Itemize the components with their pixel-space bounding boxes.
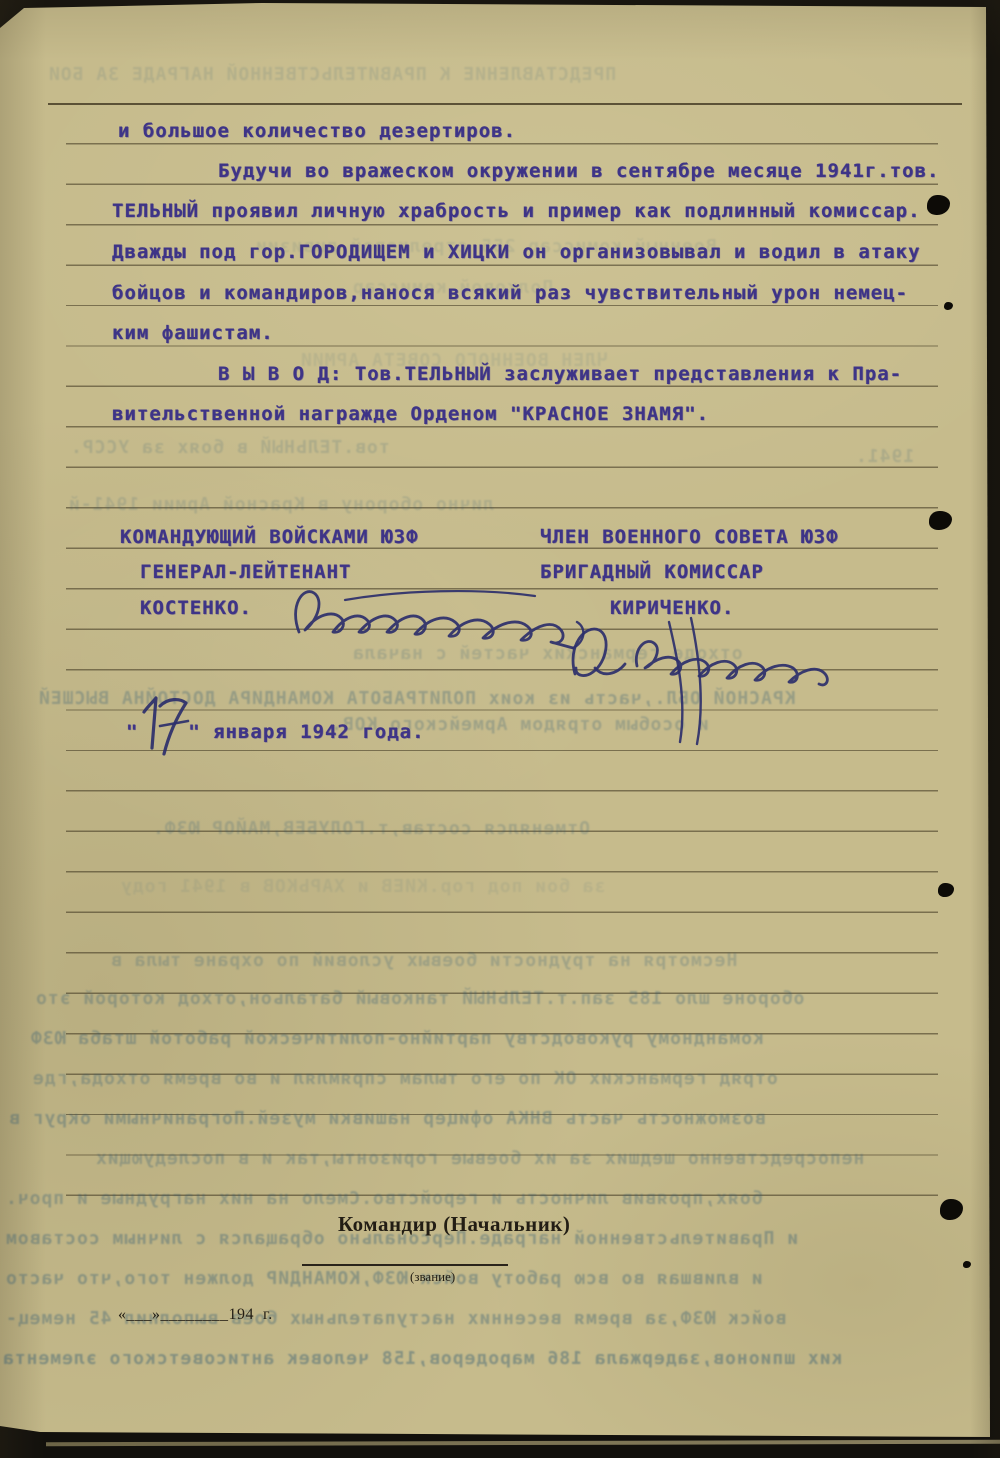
rank-caption: (звание) — [410, 1269, 455, 1285]
typed-line: ким фашистам. — [112, 323, 274, 344]
handwritten-day — [130, 694, 200, 760]
typed-line: ЧЛЕН ВОЕННОГО СОВЕТА ЮЗФ — [540, 527, 839, 548]
typed-line: Дважды под гор.ГОРОДИЩЕМ и ХИЦКИ он орга… — [112, 242, 921, 263]
year-blank: «___»________194 г. — [118, 1306, 273, 1324]
scanned-document: ПРЕДСТАВЛЕНИЕ К ПРАВИТЕЛЬСТВЕННОЙ НАГРАД… — [0, 0, 1000, 1458]
kirichenko-signature — [545, 608, 845, 753]
typed-line: бойцов и командиров,нанося всякий раз чу… — [112, 283, 908, 304]
typed-line: и большое количество дезертиров. — [118, 121, 516, 142]
typed-line: КОСТЕНКО. — [140, 598, 252, 619]
typed-line: КОМАНДУЮЩИЙ ВОЙСКАМИ ЮЗФ — [120, 527, 419, 548]
commander-label: Командир (Начальник) — [338, 1212, 570, 1237]
typed-line: Будучи во вражеском окружении в сентябре… — [218, 161, 939, 182]
typed-line: В Ы В О Д: Тов.ТЕЛЬНЫЙ заслуживает предс… — [218, 364, 902, 385]
signature-blank-line — [302, 1264, 508, 1266]
typed-line: вительственной награжде Орденом "КРАСНОЕ… — [112, 404, 709, 425]
typed-line: ТЕЛЬНЫЙ проявил личную храбрость и приме… — [112, 201, 921, 222]
